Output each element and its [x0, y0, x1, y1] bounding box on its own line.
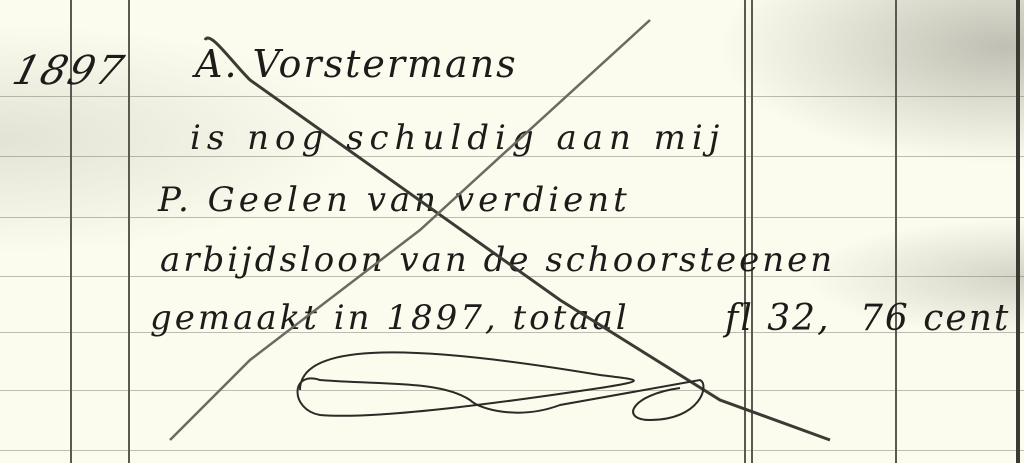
cross-out-marks: [0, 0, 1024, 463]
cross-stroke-2: [170, 20, 650, 440]
ledger-page: 1897 A. Vorstermans is nog schuldig aan …: [0, 0, 1024, 463]
signature-flourish: [298, 352, 704, 420]
cross-stroke-1: [205, 38, 830, 440]
